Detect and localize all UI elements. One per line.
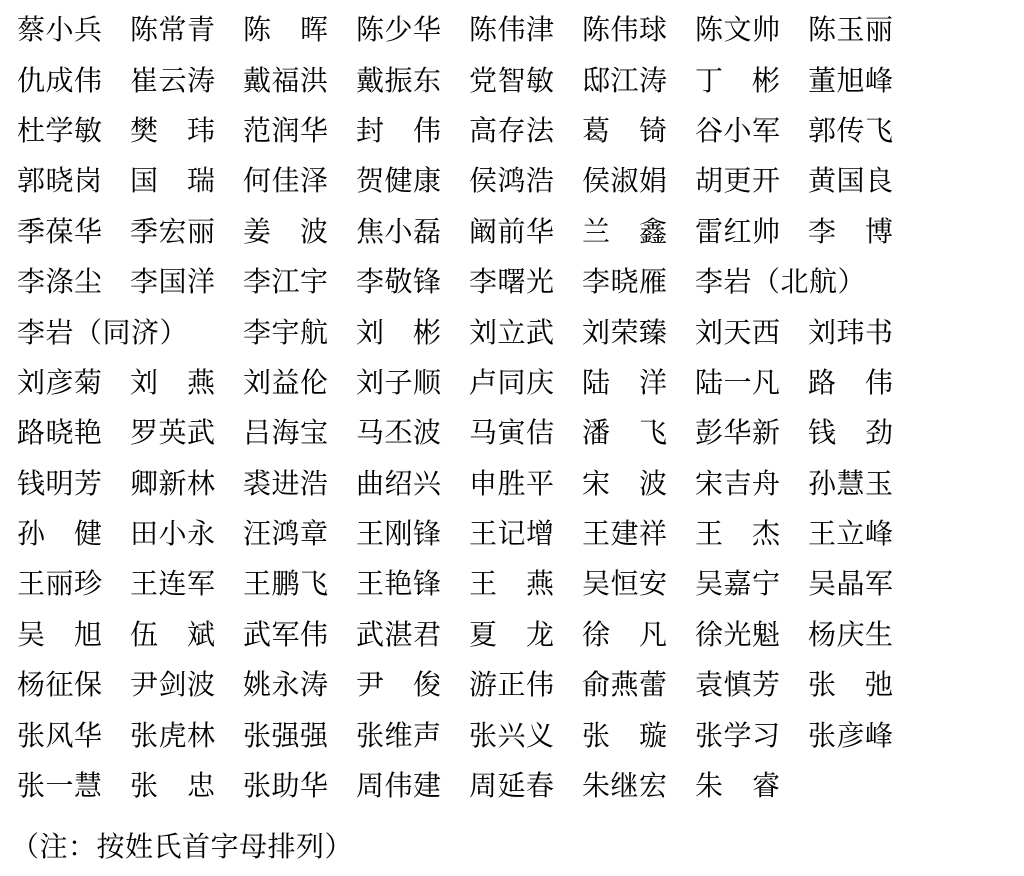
name-grid: 蔡小兵陈常青陈 晖陈少华陈伟津陈伟球陈文帅陈玉丽仇成伟崔云涛戴福洪戴振东党智敏邸… bbox=[17, 6, 923, 812]
name-cell: 张强强 bbox=[243, 723, 356, 751]
name-cell: 贺健康 bbox=[356, 168, 469, 196]
name-cell: 游正伟 bbox=[469, 672, 582, 700]
name-cell: 申胜平 bbox=[469, 471, 582, 499]
name-row: 杨征保尹剑波姚永涛尹 俊游正伟俞燕蕾袁慎芳张 弛 bbox=[17, 661, 923, 711]
name-cell: 党智敏 bbox=[469, 68, 582, 96]
name-cell: 张 弛 bbox=[808, 672, 921, 700]
name-cell: 李国洋 bbox=[130, 269, 243, 297]
name-cell: 杨庆生 bbox=[808, 622, 921, 650]
name-cell: 张 璇 bbox=[582, 723, 695, 751]
name-row: 杜学敏樊 玮范润华封 伟高存法葛 锜谷小军郭传飞 bbox=[17, 107, 923, 157]
name-cell: 王记增 bbox=[469, 521, 582, 549]
name-cell: 武湛君 bbox=[356, 622, 469, 650]
name-row: 吴 旭伍 斌武军伟武湛君夏 龙徐 凡徐光魁杨庆生 bbox=[17, 611, 923, 661]
name-cell: 侯鸿浩 bbox=[469, 168, 582, 196]
name-cell: 崔云涛 bbox=[130, 68, 243, 96]
name-cell: 张学习 bbox=[695, 723, 808, 751]
name-cell: 朱继宏 bbox=[582, 773, 695, 801]
name-cell: 李岩（北航） bbox=[695, 269, 921, 297]
name-cell: 雷红帅 bbox=[695, 219, 808, 247]
name-cell: 吴嘉宁 bbox=[695, 571, 808, 599]
name-cell: 郭晓岗 bbox=[17, 168, 130, 196]
name-row: 钱明芳卿新林裘进浩曲绍兴申胜平宋 波宋吉舟孙慧玉 bbox=[17, 460, 923, 510]
name-cell: 姚永涛 bbox=[243, 672, 356, 700]
name-cell: 田小永 bbox=[130, 521, 243, 549]
name-cell: 俞燕蕾 bbox=[582, 672, 695, 700]
name-cell: 宋 波 bbox=[582, 471, 695, 499]
name-row: 仇成伟崔云涛戴福洪戴振东党智敏邸江涛丁 彬董旭峰 bbox=[17, 56, 923, 106]
name-row: 季葆华季宏丽姜 波焦小磊阚前华兰 鑫雷红帅李 博 bbox=[17, 208, 923, 258]
name-cell: 汪鸿章 bbox=[243, 521, 356, 549]
name-cell: 丁 彬 bbox=[695, 68, 808, 96]
name-cell: 刘玮书 bbox=[808, 320, 921, 348]
name-cell: 张助华 bbox=[243, 773, 356, 801]
name-cell: 葛 锜 bbox=[582, 118, 695, 146]
name-cell: 徐光魁 bbox=[695, 622, 808, 650]
name-cell: 樊 玮 bbox=[130, 118, 243, 146]
name-cell: 伍 斌 bbox=[130, 622, 243, 650]
name-cell: 路晓艳 bbox=[17, 420, 130, 448]
name-cell: 王鹏飞 bbox=[243, 571, 356, 599]
name-cell: 陈 晖 bbox=[243, 17, 356, 45]
name-cell: 袁慎芳 bbox=[695, 672, 808, 700]
name-row: 刘彦菊刘 燕刘益伦刘子顺卢同庆陆 洋陆一凡路 伟 bbox=[17, 359, 923, 409]
name-cell: 王建祥 bbox=[582, 521, 695, 549]
name-cell: 钱 劲 bbox=[808, 420, 921, 448]
name-cell: 何佳泽 bbox=[243, 168, 356, 196]
name-cell: 张风华 bbox=[17, 723, 130, 751]
name-cell: 刘 燕 bbox=[130, 370, 243, 398]
name-cell: 戴振东 bbox=[356, 68, 469, 96]
name-cell: 国 瑞 bbox=[130, 168, 243, 196]
name-cell: 张彦峰 bbox=[808, 723, 921, 751]
name-cell: 焦小磊 bbox=[356, 219, 469, 247]
name-cell: 裘进浩 bbox=[243, 471, 356, 499]
name-cell: 董旭峰 bbox=[808, 68, 921, 96]
name-cell: 孙慧玉 bbox=[808, 471, 921, 499]
name-cell: 陈伟球 bbox=[582, 17, 695, 45]
name-cell: 尹 俊 bbox=[356, 672, 469, 700]
name-cell: 李曙光 bbox=[469, 269, 582, 297]
name-row: 蔡小兵陈常青陈 晖陈少华陈伟津陈伟球陈文帅陈玉丽 bbox=[17, 6, 923, 56]
name-row: 孙 健田小永汪鸿章王刚锋王记增王建祥王 杰王立峰 bbox=[17, 510, 923, 560]
name-cell: 郭传飞 bbox=[808, 118, 921, 146]
name-cell: 潘 飞 bbox=[582, 420, 695, 448]
name-row: 李岩（同济）李宇航刘 彬刘立武刘荣臻刘天西刘玮书 bbox=[17, 308, 923, 358]
name-cell: 季宏丽 bbox=[130, 219, 243, 247]
name-cell: 刘荣臻 bbox=[582, 320, 695, 348]
name-cell: 侯淑娟 bbox=[582, 168, 695, 196]
name-cell: 王连军 bbox=[130, 571, 243, 599]
name-cell: 李晓雁 bbox=[582, 269, 695, 297]
name-cell: 周伟建 bbox=[356, 773, 469, 801]
name-cell: 蔡小兵 bbox=[17, 17, 130, 45]
name-cell: 卿新林 bbox=[130, 471, 243, 499]
name-cell: 陈伟津 bbox=[469, 17, 582, 45]
name-cell: 张虎林 bbox=[130, 723, 243, 751]
name-cell: 封 伟 bbox=[356, 118, 469, 146]
name-cell: 吴恒安 bbox=[582, 571, 695, 599]
name-cell: 王 杰 bbox=[695, 521, 808, 549]
name-cell: 陆一凡 bbox=[695, 370, 808, 398]
name-cell: 刘 彬 bbox=[356, 320, 469, 348]
name-cell: 刘天西 bbox=[695, 320, 808, 348]
name-cell: 刘子顺 bbox=[356, 370, 469, 398]
name-cell: 刘立武 bbox=[469, 320, 582, 348]
name-cell: 陆 洋 bbox=[582, 370, 695, 398]
name-cell: 徐 凡 bbox=[582, 622, 695, 650]
name-row: 张风华张虎林张强强张维声张兴义张 璇张学习张彦峰 bbox=[17, 711, 923, 761]
name-cell: 路 伟 bbox=[808, 370, 921, 398]
name-cell: 李涤尘 bbox=[17, 269, 130, 297]
name-cell: 夏 龙 bbox=[469, 622, 582, 650]
name-cell: 周延春 bbox=[469, 773, 582, 801]
name-cell: 王艳锋 bbox=[356, 571, 469, 599]
name-cell: 李敬锋 bbox=[356, 269, 469, 297]
name-cell: 阚前华 bbox=[469, 219, 582, 247]
name-cell: 张 忠 bbox=[130, 773, 243, 801]
name-cell: 仇成伟 bbox=[17, 68, 130, 96]
name-cell: 邸江涛 bbox=[582, 68, 695, 96]
name-cell: 杜学敏 bbox=[17, 118, 130, 146]
name-cell: 王刚锋 bbox=[356, 521, 469, 549]
name-cell: 李宇航 bbox=[243, 320, 356, 348]
name-cell: 卢同庆 bbox=[469, 370, 582, 398]
name-cell: 戴福洪 bbox=[243, 68, 356, 96]
name-row: 路晓艳罗英武吕海宝马丕波马寅佶潘 飞彭华新钱 劲 bbox=[17, 409, 923, 459]
name-cell: 张兴义 bbox=[469, 723, 582, 751]
name-cell: 陈少华 bbox=[356, 17, 469, 45]
name-cell: 范润华 bbox=[243, 118, 356, 146]
note: （注：按姓氏首字母排列） bbox=[11, 820, 1024, 870]
name-cell: 姜 波 bbox=[243, 219, 356, 247]
name-row: 王丽珍王连军王鹏飞王艳锋王 燕吴恒安吴嘉宁吴晶军 bbox=[17, 560, 923, 610]
name-cell: 刘益伦 bbox=[243, 370, 356, 398]
name-list-page: 蔡小兵陈常青陈 晖陈少华陈伟津陈伟球陈文帅陈玉丽仇成伟崔云涛戴福洪戴振东党智敏邸… bbox=[0, 0, 1024, 876]
name-cell: 王 燕 bbox=[469, 571, 582, 599]
name-cell: 罗英武 bbox=[130, 420, 243, 448]
name-cell: 王丽珍 bbox=[17, 571, 130, 599]
name-row: 张一慧张 忠张助华周伟建周延春朱继宏朱 睿 bbox=[17, 762, 923, 812]
name-cell: 宋吉舟 bbox=[695, 471, 808, 499]
name-cell: 黄国良 bbox=[808, 168, 921, 196]
name-cell: 陈玉丽 bbox=[808, 17, 921, 45]
name-cell: 武军伟 bbox=[243, 622, 356, 650]
name-cell: 朱 睿 bbox=[695, 773, 808, 801]
name-row: 李涤尘李国洋李江宇李敬锋李曙光李晓雁李岩（北航） bbox=[17, 258, 923, 308]
name-cell: 陈文帅 bbox=[695, 17, 808, 45]
name-cell: 曲绍兴 bbox=[356, 471, 469, 499]
name-cell: 吴晶军 bbox=[808, 571, 921, 599]
name-cell: 王立峰 bbox=[808, 521, 921, 549]
name-cell: 尹剑波 bbox=[130, 672, 243, 700]
name-cell: 兰 鑫 bbox=[582, 219, 695, 247]
name-cell: 马寅佶 bbox=[469, 420, 582, 448]
name-cell: 刘彦菊 bbox=[17, 370, 130, 398]
name-cell: 张一慧 bbox=[17, 773, 130, 801]
name-cell: 杨征保 bbox=[17, 672, 130, 700]
name-row: 郭晓岗国 瑞何佳泽贺健康侯鸿浩侯淑娟胡更开黄国良 bbox=[17, 157, 923, 207]
name-cell: 陈常青 bbox=[130, 17, 243, 45]
name-cell: 胡更开 bbox=[695, 168, 808, 196]
name-cell: 钱明芳 bbox=[17, 471, 130, 499]
name-cell: 李岩（同济） bbox=[17, 320, 243, 348]
name-cell: 彭华新 bbox=[695, 420, 808, 448]
name-cell: 吕海宝 bbox=[243, 420, 356, 448]
name-cell: 谷小军 bbox=[695, 118, 808, 146]
name-cell: 季葆华 bbox=[17, 219, 130, 247]
name-cell: 马丕波 bbox=[356, 420, 469, 448]
name-cell: 李江宇 bbox=[243, 269, 356, 297]
name-cell: 高存法 bbox=[469, 118, 582, 146]
name-cell: 吴 旭 bbox=[17, 622, 130, 650]
name-cell: 张维声 bbox=[356, 723, 469, 751]
name-cell: 孙 健 bbox=[17, 521, 130, 549]
name-cell: 李 博 bbox=[808, 219, 921, 247]
